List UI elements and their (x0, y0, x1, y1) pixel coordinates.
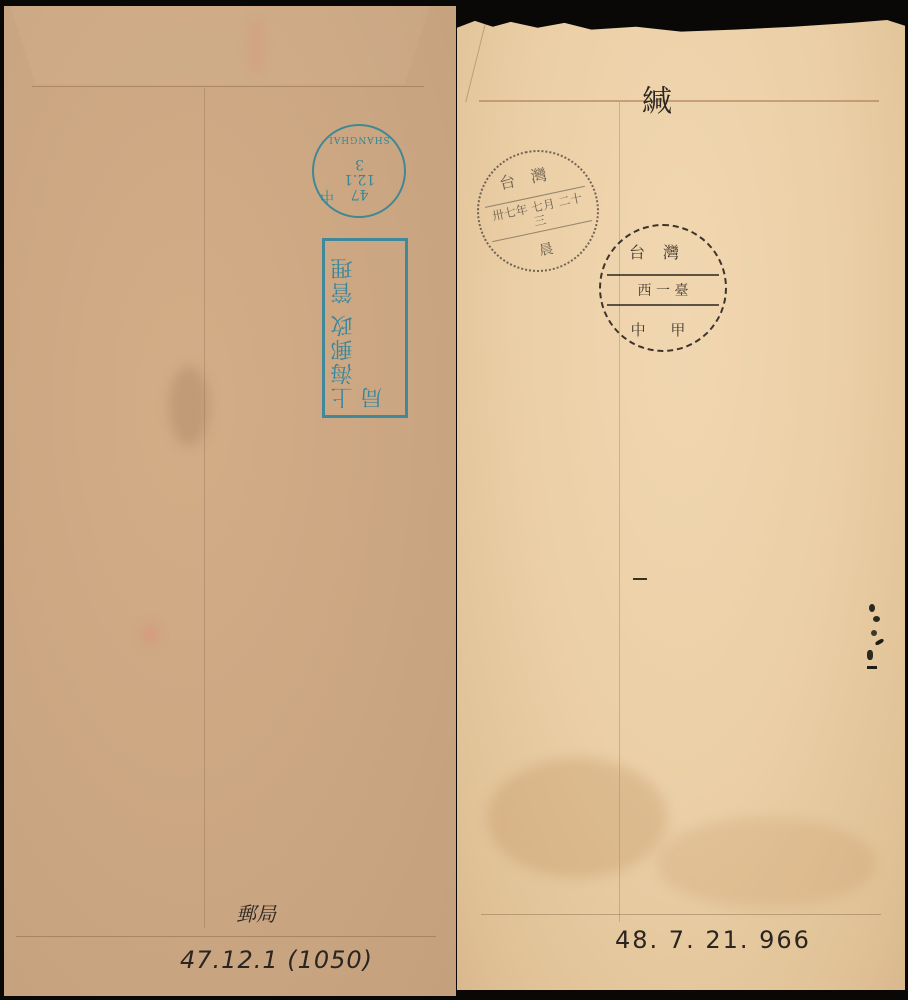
right-bottom-flap-fold (481, 914, 881, 915)
red-mark (144, 626, 156, 644)
postmark-city: 台灣 (601, 240, 725, 263)
postmark-hour: 3 (344, 156, 375, 171)
left-postmark: SHANGHAI 47 12.1 3 中 (312, 124, 406, 218)
ink-smudge (867, 650, 873, 660)
postmark-date: 西 一 臺 (607, 274, 719, 306)
right-flap-edge (465, 24, 485, 102)
postmark-city: SHANGHAI (314, 134, 404, 144)
right-envelope: 緘 台灣 卅七年 七月 二十三 晨 台灣 西 一 臺 中 甲 48. 7. 21… (457, 18, 905, 990)
right-postmark-1: 台灣 卅七年 七月 二十三 晨 (466, 139, 611, 284)
ink-smudge (875, 638, 885, 646)
stain (657, 818, 877, 908)
ink-smudge (871, 630, 877, 636)
handwriting-top-note: 緘 (642, 76, 672, 120)
left-envelope-top-flap (10, 6, 430, 84)
ink-smudge (873, 616, 880, 622)
stain (487, 758, 667, 878)
left-flap-fold (32, 86, 424, 87)
handwriting-date-note: 47.12.1 (1050) (180, 946, 373, 974)
postmark-year: 47 (344, 186, 375, 201)
left-center-seam (204, 88, 205, 928)
postmark-date: 47 12.1 3 (344, 156, 375, 201)
red-mark (252, 16, 260, 76)
postmark-month-day: 12.1 (344, 171, 375, 186)
ink-smudge (867, 666, 877, 669)
postmark-char: 中 (320, 186, 334, 206)
chop-column-1: 上海郵政 (331, 313, 356, 409)
right-postmark-2: 台灣 西 一 臺 中 甲 (599, 224, 727, 352)
ink-mark (633, 578, 647, 580)
handwriting-date-note: 48. 7. 21. 966 (615, 926, 811, 954)
ink-smudge (869, 604, 875, 612)
postmark-office: 中 甲 (601, 319, 725, 340)
left-boxed-chop: 上海郵政 管理局 (322, 238, 408, 418)
stain (169, 366, 209, 446)
handwriting-upper: 郵局 (236, 898, 276, 927)
right-flap-fold (479, 100, 879, 102)
left-bottom-flap-fold (16, 936, 436, 937)
left-envelope: SHANGHAI 47 12.1 3 中 上海郵政 管理局 郵局 47.12.1… (4, 6, 456, 996)
